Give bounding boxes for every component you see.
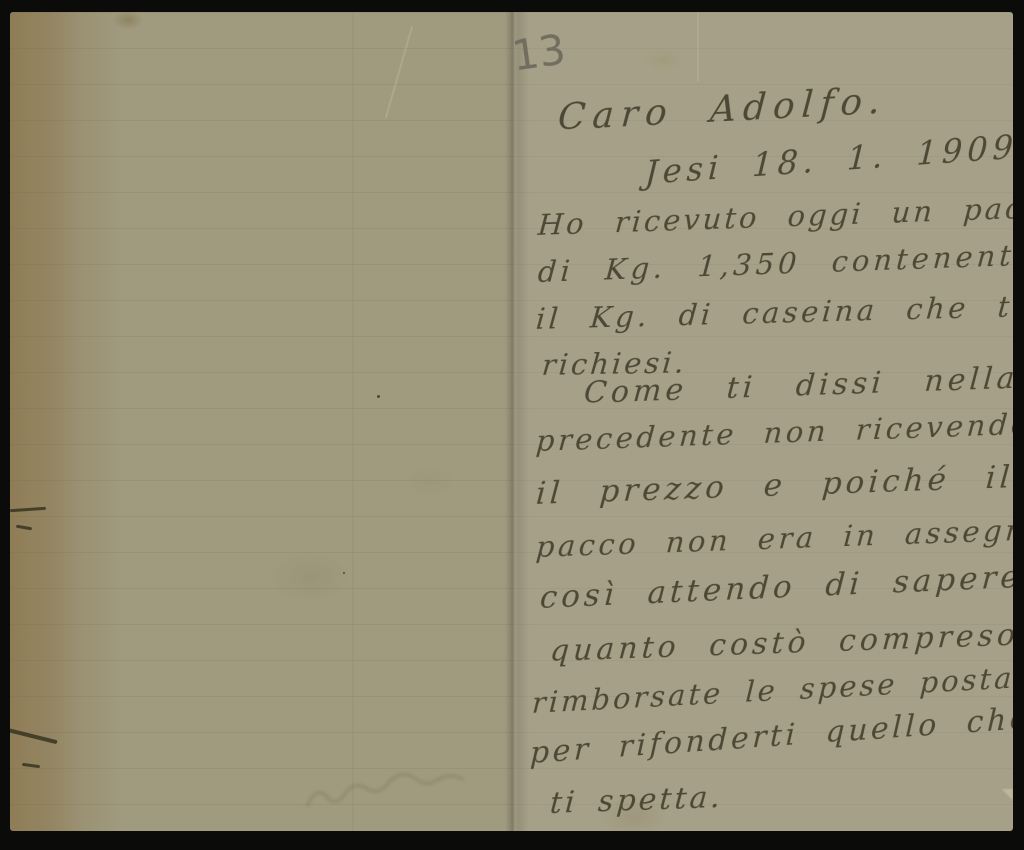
crease-right-page-top (697, 12, 699, 82)
handwriting-line: ti spetta. (549, 780, 724, 821)
page-number-pencil: 13 (509, 25, 569, 81)
crease-left-page (352, 12, 354, 831)
paper-speck (343, 572, 345, 574)
scanned-letter-sheet: 13 Caro Adolfo. Jesi 18. 1. 1909 Ho rice… (10, 12, 1013, 831)
scanner-background: 13 Caro Adolfo. Jesi 18. 1. 1909 Ho rice… (0, 0, 1024, 850)
paper-speck (377, 395, 380, 398)
center-fold (505, 12, 519, 831)
left-page-blank (10, 12, 513, 831)
page-corner-curl (987, 789, 1013, 831)
